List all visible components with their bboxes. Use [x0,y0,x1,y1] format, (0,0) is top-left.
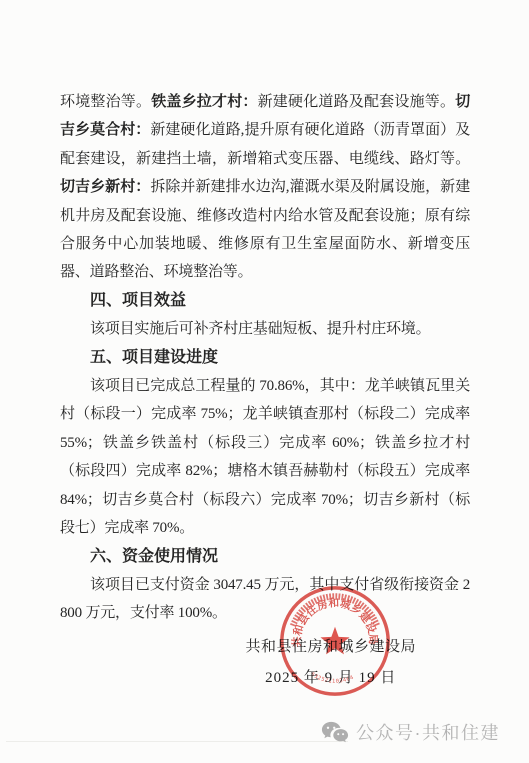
text-run: 切吉乡新村： [60,179,150,195]
section5-heading: 五、项目建设进度 [60,344,470,372]
section6-body: 该项目已支付资金 3047.45 万元，其中支付省级衔接资金 2800 万元，支… [60,571,470,628]
text-run: 铁盖乡拉才村： [151,94,257,110]
paragraph-continued: 环境整治等。铁盖乡拉才村：新建硬化道路及配套设施等。切吉乡莫合村：新建硬化道路,… [60,88,470,287]
scanned-document-page: 环境整治等。铁盖乡拉才村：新建硬化道路及配套设施等。切吉乡莫合村：新建硬化道路,… [0,0,529,763]
section4-heading: 四、项目效益 [60,287,470,315]
section5-body: 该项目已完成总工程量的 70.86%，其中：龙羊峡镇瓦里关村（标段一）完成率 7… [60,372,470,542]
document-body: 环境整治等。铁盖乡拉才村：新建硬化道路及配套设施等。切吉乡莫合村：新建硬化道路,… [60,88,470,694]
scan-artifact-line [6,741,348,742]
wechat-account-label: 公众号·共和住建 [356,719,500,745]
signature-org: 共和县住房和城乡建设局 [245,632,416,663]
wechat-account-badge: 公众号·共和住建 [321,719,500,745]
signature-date: 2025 年 9 月 19 日 [245,663,416,694]
section4-body: 该项目实施后可补齐村庄基础短板、提升村庄环境。 [60,315,470,343]
section6-heading: 六、资金使用情况 [60,543,470,571]
signature-block: 共和县住房和城乡建设局 2025 年 9 月 19 日 [245,632,416,694]
text-run: 新建硬化道路及配套设施等。 [258,94,456,110]
text-run: 环境整治等。 [60,94,151,110]
wechat-icon [321,720,349,744]
